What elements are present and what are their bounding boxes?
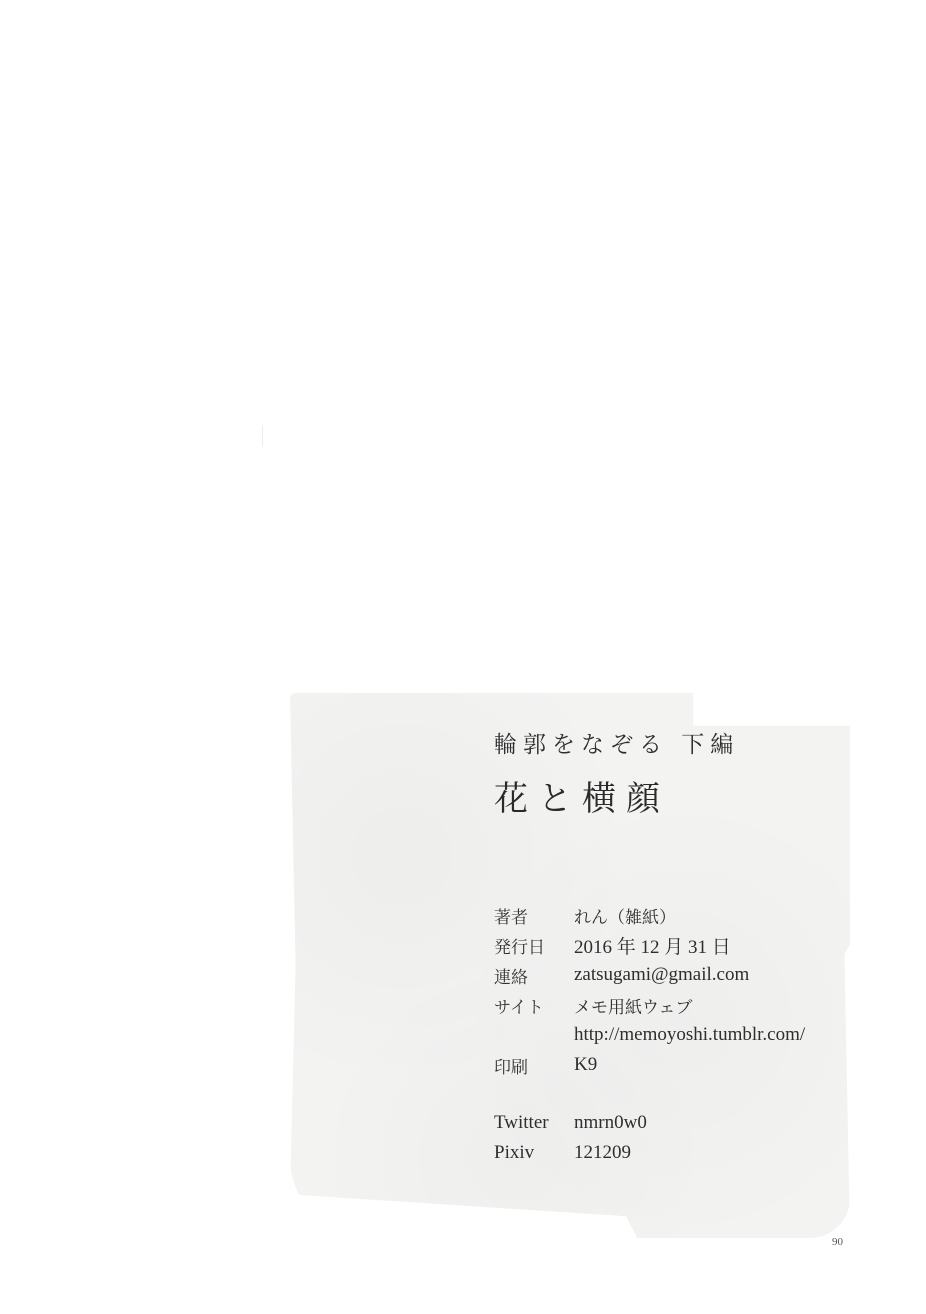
info-label: 著者 bbox=[494, 903, 574, 928]
twitter-handle: nmrn0w0 bbox=[574, 1112, 647, 1134]
document-page: 輪郭をなぞる 下編 花と横顔 著者 れん（雑紙） 発行日 2016 年 12 月… bbox=[0, 0, 926, 1314]
scan-artifact-mark bbox=[262, 425, 263, 447]
author-value: れん（雑紙） bbox=[574, 903, 676, 928]
info-label: 発行日 bbox=[494, 933, 574, 958]
publication-info-table: 著者 れん（雑紙） 発行日 2016 年 12 月 31 日 連絡 zatsug… bbox=[494, 900, 805, 1080]
info-row-site-url: http://memoyoshi.tumblr.com/ bbox=[494, 1020, 805, 1050]
publish-date-value: 2016 年 12 月 31 日 bbox=[574, 932, 731, 959]
info-label: 連絡 bbox=[494, 963, 574, 988]
social-row-twitter: Twitter nmrn0w0 bbox=[494, 1108, 647, 1138]
page-number: 90 bbox=[832, 1236, 843, 1248]
site-url: http://memoyoshi.tumblr.com/ bbox=[574, 1024, 805, 1046]
social-label: Twitter bbox=[494, 1112, 574, 1134]
info-row-printer: 印刷 K9 bbox=[494, 1050, 805, 1080]
info-row-author: 著者 れん（雑紙） bbox=[494, 900, 805, 930]
info-row-site: サイト メモ用紙ウェブ bbox=[494, 990, 805, 1020]
info-row-contact: 連絡 zatsugami@gmail.com bbox=[494, 960, 805, 990]
info-label: 印刷 bbox=[494, 1053, 574, 1078]
book-title: 花と横顔 bbox=[494, 776, 854, 822]
pixiv-id: 121209 bbox=[574, 1142, 631, 1164]
info-label: サイト bbox=[494, 993, 574, 1018]
social-label: Pixiv bbox=[494, 1142, 574, 1164]
site-name: メモ用紙ウェブ bbox=[574, 993, 692, 1018]
printer-value: K9 bbox=[574, 1054, 597, 1076]
social-row-pixiv: Pixiv 121209 bbox=[494, 1138, 647, 1168]
social-accounts-table: Twitter nmrn0w0 Pixiv 121209 bbox=[494, 1108, 647, 1168]
contact-email: zatsugami@gmail.com bbox=[574, 964, 749, 986]
info-row-publish-date: 発行日 2016 年 12 月 31 日 bbox=[494, 930, 805, 960]
colophon-header: 輪郭をなぞる 下編 花と横顔 bbox=[494, 728, 854, 822]
series-subtitle: 輪郭をなぞる 下編 bbox=[494, 728, 854, 762]
